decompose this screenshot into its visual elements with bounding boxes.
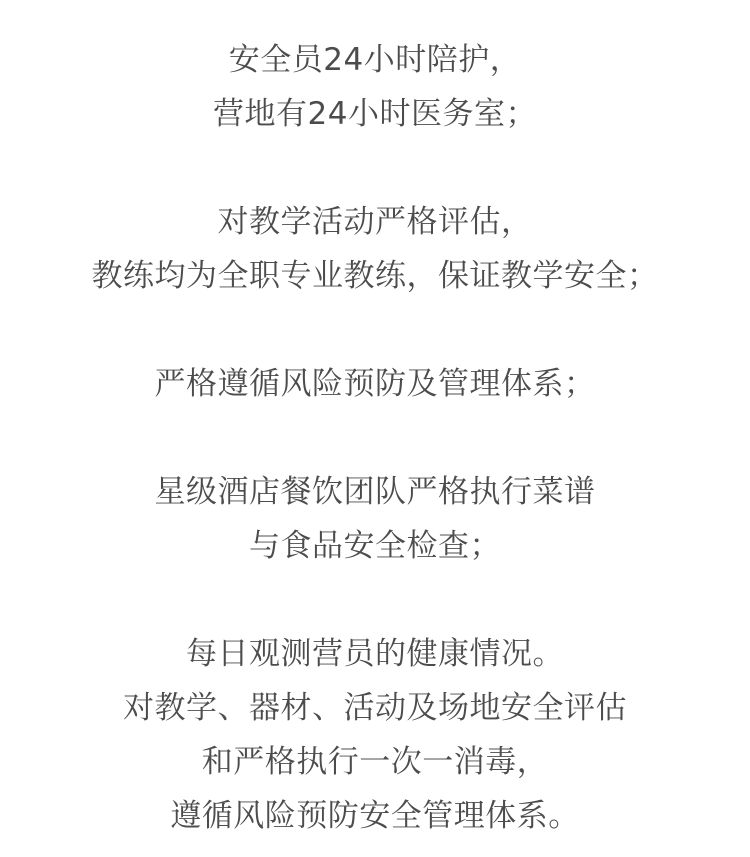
text-line: 安全员24小时陪护， bbox=[0, 33, 750, 87]
paragraph-safety-escort: 安全员24小时陪护， 营地有24小时医务室； bbox=[0, 33, 750, 141]
text-line: 营地有24小时医务室； bbox=[0, 87, 750, 141]
text-block: 安全员24小时陪护， 营地有24小时医务室； 对教学活动严格评估， 教练均为全职… bbox=[0, 0, 750, 843]
text-line: 对教学活动严格评估， bbox=[0, 195, 750, 249]
paragraph-food-safety: 星级酒店餐饮团队严格执行菜谱 与食品安全检查； bbox=[0, 465, 750, 573]
document-page: 安全员24小时陪护， 营地有24小时医务室； 对教学活动严格评估， 教练均为全职… bbox=[0, 0, 750, 857]
paragraph-health-monitoring: 每日观测营员的健康情况。 对教学、器材、活动及场地安全评估 和严格执行一次一消毒… bbox=[0, 627, 750, 843]
text-line: 遵循风险预防安全管理体系。 bbox=[0, 789, 750, 843]
paragraph-teaching-evaluation: 对教学活动严格评估， 教练均为全职专业教练，保证教学安全； bbox=[0, 195, 750, 303]
text-line: 与食品安全检查； bbox=[0, 519, 750, 573]
text-line: 星级酒店餐饮团队严格执行菜谱 bbox=[0, 465, 750, 519]
paragraph-risk-system: 严格遵循风险预防及管理体系； bbox=[0, 357, 750, 411]
text-line: 每日观测营员的健康情况。 bbox=[0, 627, 750, 681]
text-line: 教练均为全职专业教练，保证教学安全； bbox=[0, 249, 750, 303]
text-line: 和严格执行一次一消毒， bbox=[0, 735, 750, 789]
text-line: 对教学、器材、活动及场地安全评估 bbox=[0, 681, 750, 735]
text-line: 严格遵循风险预防及管理体系； bbox=[0, 357, 750, 411]
